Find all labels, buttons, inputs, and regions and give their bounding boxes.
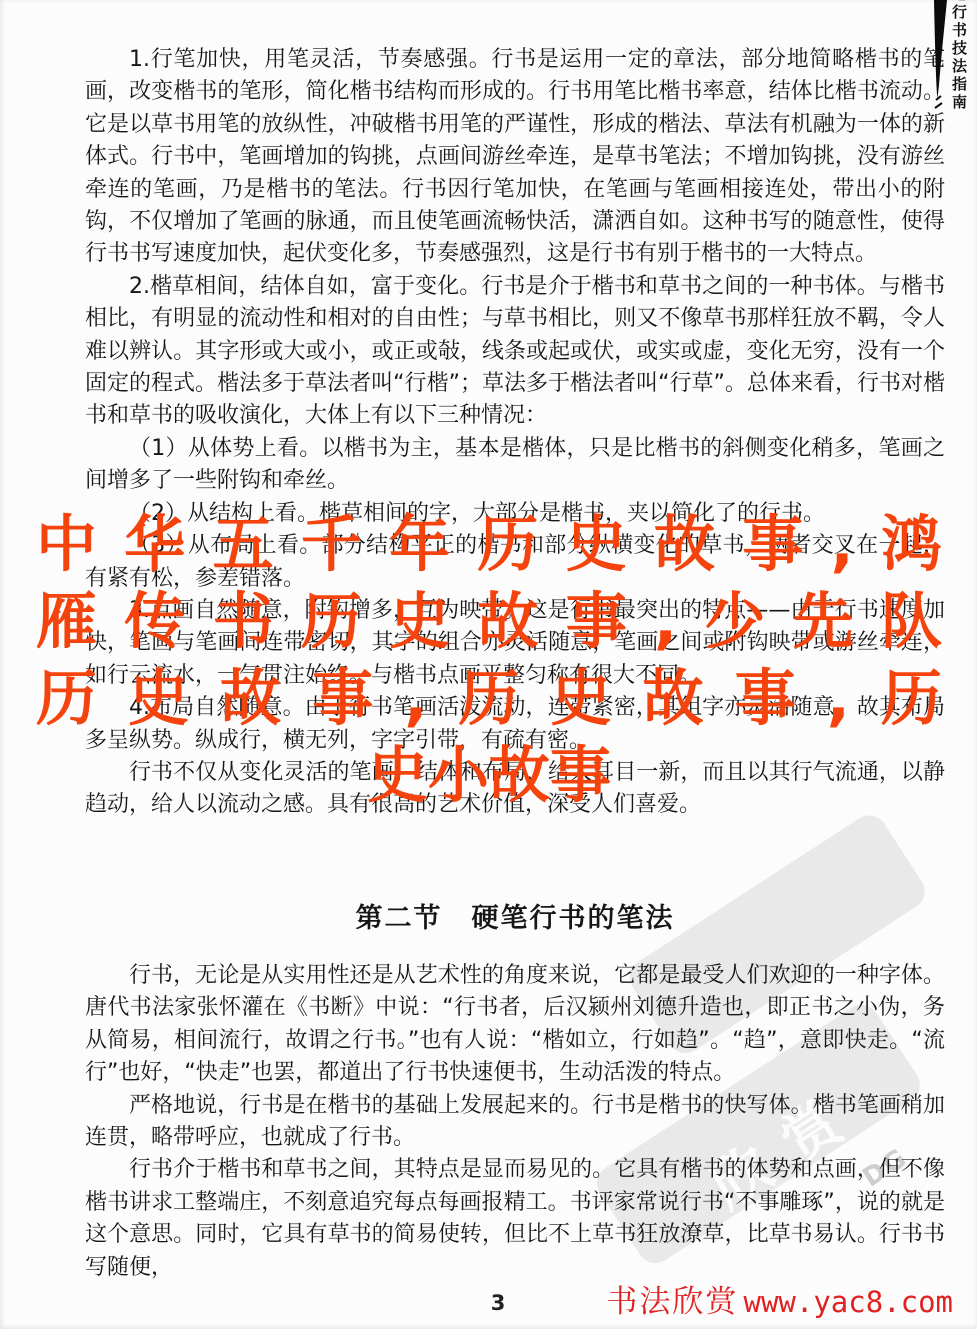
body-section-lower: 行书，无论是从实用性还是从艺术性的角度来说，它都是最受人们欢迎的一种字体。唐代书… — [85, 960, 945, 1284]
margin-brush-stroke-icon — [931, 0, 951, 130]
body-section-upper: 1.行笔加快，用笔灵活，节奏感强。行书是运用一定的章法，部分地简略楷书的笔画，改… — [85, 44, 945, 822]
body-paragraph: 行书，无论是从实用性还是从艺术性的角度来说，它都是最受人们欢迎的一种字体。唐代书… — [85, 960, 945, 1090]
body-paragraph: （2）从结构上看。楷草相间的字，大部分是楷书，夹以简化了的行书。 — [85, 498, 945, 530]
book-side-title: 笔行书技法指南 — [949, 0, 970, 112]
body-paragraph: （1）从体势上看。以楷书为主，基本是楷体，只是比楷书的斜侧变化稍多，笔画之间增多… — [85, 433, 945, 498]
body-paragraph: 行书介于楷书和草书之间，其特点是显而易见的。它具有楷书的体势和点画，但不像楷书讲… — [85, 1154, 945, 1284]
site-credit-label: 书法欣赏 — [606, 1284, 738, 1320]
body-paragraph: 2.楷草相间，结体自如，富于变化。行书是介于楷书和草书之间的一种书体。与楷书相比… — [85, 271, 945, 433]
section-heading: 第二节 硬笔行书的笔法 — [85, 896, 945, 935]
body-paragraph: 1.行笔加快，用笔灵活，节奏感强。行书是运用一定的章法，部分地简略楷书的笔画，改… — [85, 44, 945, 271]
body-paragraph: 行书不仅从变化灵活的笔画、结体和布局，给人耳目一新，而且以其行气流通，以静趋动，… — [85, 757, 945, 822]
page-number: 3 — [470, 1291, 526, 1315]
body-paragraph: 3.点画自然随意，附钩增多，互为映带。这是行书最突出的特点——由于行书速度加快，… — [85, 595, 945, 692]
body-paragraph: （3）从布局上看。部分结构平正的楷书和部分纵横变化的草书，两者交叉在一起，有紧有… — [85, 530, 945, 595]
scanned-book-page: 欣赏 DG 1.行笔加快，用笔灵活，节奏感强。行书是运用一定的章法，部分地简略楷… — [0, 0, 977, 1329]
body-paragraph: 4.布局自然随意。由于行书笔画活泼流动，连带紧密，其组字亦灵活随意，故其布局多呈… — [85, 692, 945, 757]
body-paragraph: 严格地说，行书是在楷书的基础上发展起来的。行书是楷书的快写体。楷书笔画稍加连贯，… — [85, 1090, 945, 1155]
site-credit-url: www.yac8.com — [743, 1285, 953, 1319]
site-credit: 书法欣赏 www.yac8.com — [606, 1276, 953, 1321]
